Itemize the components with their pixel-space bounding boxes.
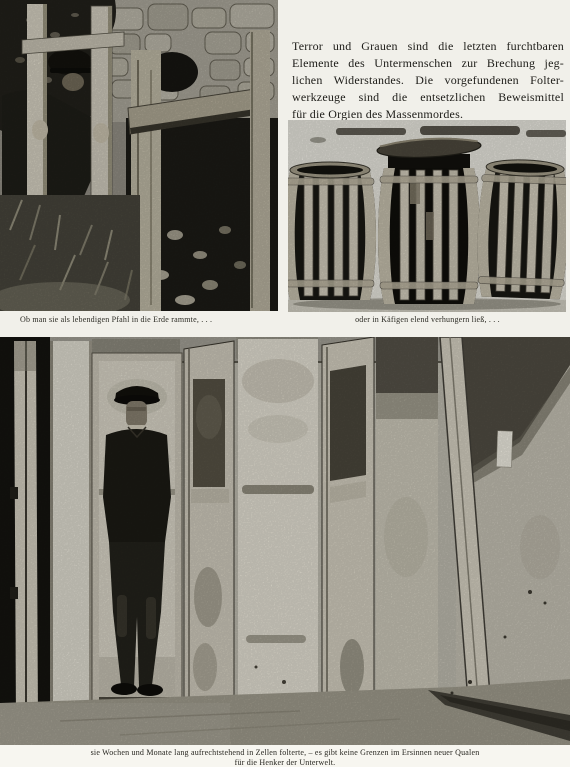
photo-grain — [288, 120, 566, 312]
intro-line: Terror und Grauen sind die letzten furch… — [292, 38, 564, 55]
photo-barrels-image — [288, 120, 566, 312]
caption-cells-line1: sie Wochen und Monate lang aufrechtstehe… — [0, 748, 570, 758]
caption-cells: sie Wochen und Monate lang aufrechtstehe… — [0, 745, 570, 767]
photo-stakes-image — [0, 0, 278, 311]
intro-line: Elemente des Untermenschen zur Brechung … — [292, 55, 564, 72]
intro-text: Terror und Grauen sind die letzten furch… — [292, 38, 564, 123]
intro-line: lichen Widerstandes. Die vorgefundenen F… — [292, 72, 564, 89]
photo-grain — [0, 0, 278, 311]
magazine-page: Terror und Grauen sind die letzten furch… — [0, 0, 570, 767]
photo-stakes — [0, 0, 278, 311]
photo-cells-image — [0, 337, 570, 745]
caption-cells-line2: für die Henker der Unterwelt. — [0, 758, 570, 767]
photo-cells — [0, 337, 570, 745]
caption-barrels: oder in Käfigen elend verhungern ließ, .… — [330, 315, 525, 325]
caption-stakes: Ob man sie als lebendigen Pfahl in die E… — [20, 315, 270, 325]
photo-barrels — [288, 120, 566, 312]
intro-line: werkzeuge sind die entsetzlichen Beweism… — [292, 89, 564, 106]
photo-grain — [0, 337, 570, 745]
